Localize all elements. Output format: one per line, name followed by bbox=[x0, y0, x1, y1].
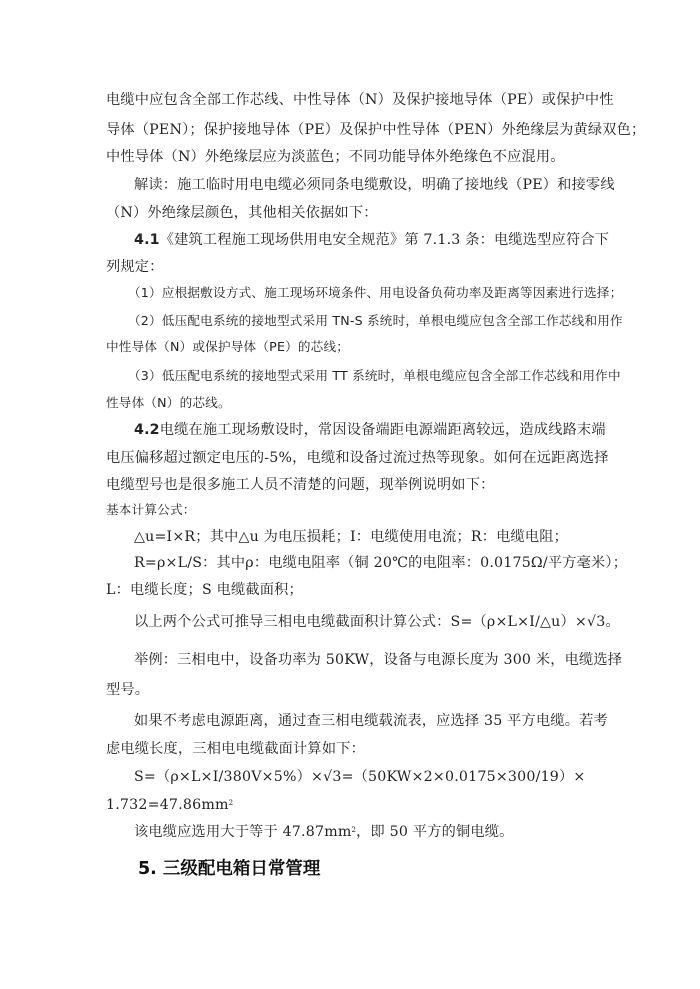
conclusion-text: 该电缆应选用大于等于 47.87mm bbox=[134, 824, 352, 840]
rule-item: （1）应根据敷设方式、施工现场环境条件、用电设备负荷功率及距离等因素进行选择； bbox=[128, 284, 622, 302]
paragraph-line: 导体（PEN）；保护接地导体（PE）及保护中性导体（PEN）外绝缘层为黄绿双色； bbox=[106, 121, 645, 139]
section-number: 4.1 bbox=[134, 232, 160, 248]
rule-item: （2）低压配电系统的接地型式采用 TN-S 系统时，单根电缆应包含全部工作芯线和… bbox=[128, 312, 623, 330]
example-line: 举例：三相电中，设备功率为 50KW，设备与电源长度为 300 米，电缆选择 bbox=[134, 651, 622, 669]
formula-line: L：电缆长度；S 电缆截面积； bbox=[106, 581, 303, 599]
section-text: 电缆在施工现场敷设时，常因设备端距电源端距离较远，造成线路末端 bbox=[160, 422, 606, 438]
example-result: 1.732=47.86mm2 bbox=[106, 796, 233, 814]
section-heading-5: 5. 三级配电箱日常管理 bbox=[138, 855, 320, 880]
section-4-2: 4.2电缆在施工现场敷设时，常因设备端距电源端距离较远，造成线路末端 bbox=[134, 421, 606, 439]
formula-title: 基本计算公式： bbox=[106, 501, 196, 519]
rule-item: 中性导体（N）或保护导体（PE）的芯线； bbox=[106, 338, 349, 356]
section-4-1: 4.1《建筑工程施工现场供用电安全规范》第 7.1.3 条：电缆选型应符合下 bbox=[134, 231, 609, 249]
paragraph-line: 电压偏移超过额定电压的-5%，电缆和设备过流过热等现象。如何在远距离选择 bbox=[106, 449, 609, 467]
rule-item: （3）低压配电系统的接地型式采用 TT 系统时，单根电缆应包含全部工作芯线和用作… bbox=[128, 367, 621, 385]
example-formula: S=（ρ×L×I/380V×5%）×√3=（50KW×2×0.0175×300/… bbox=[134, 768, 586, 786]
result-value: 1.732=47.86mm bbox=[106, 797, 229, 813]
formula-line: R=ρ×L/S：其中ρ：电缆电阻率（铜 20℃的电阻率：0.0175Ω/平方毫米… bbox=[134, 554, 627, 572]
section-text: 《建筑工程施工现场供用电安全规范》第 7.1.3 条：电缆选型应符合下 bbox=[160, 232, 609, 248]
paragraph-line: 解读：施工临时用电电缆必须同条电缆敷设，明确了接地线（PE）和接零线 bbox=[134, 176, 615, 194]
paragraph-line: 中性导体（N）外绝缘层应为淡蓝色；不同功能导体外绝缘色不应混用。 bbox=[106, 148, 565, 166]
document-page: 电缆中应包含全部工作芯线、中性导体（N）及保护接地导体（PE）或保护中性 导体（… bbox=[0, 0, 700, 989]
paragraph-line: 电缆中应包含全部工作芯线、中性导体（N）及保护接地导体（PE）或保护中性 bbox=[106, 91, 614, 109]
rule-item: 性导体（N）的芯线。 bbox=[106, 394, 231, 412]
superscript: 2 bbox=[229, 799, 234, 807]
example-line: 虑电缆长度，三相电电缆截面计算如下： bbox=[106, 740, 365, 758]
example-line: 型号。 bbox=[106, 681, 149, 699]
paragraph-line: （N）外绝缘层颜色，其他相关依据如下： bbox=[106, 204, 378, 222]
conclusion-text-end: ，即 50 平方的铜电缆。 bbox=[356, 824, 513, 840]
paragraph-line: 电缆型号也是很多施工人员不清楚的问题，现举例说明如下： bbox=[106, 476, 494, 494]
paragraph-line: 列规定： bbox=[106, 258, 164, 276]
superscript: 2 bbox=[352, 826, 357, 834]
example-line: 如果不考虑电源距离，通过查三相电缆载流表，应选择 35 平方电缆。若考 bbox=[134, 712, 608, 730]
formula-line: 以上两个公式可推导三相电电缆截面积计算公式：S=（ρ×L×I/△u）×√3。 bbox=[134, 613, 620, 631]
conclusion-line: 该电缆应选用大于等于 47.87mm2，即 50 平方的铜电缆。 bbox=[134, 823, 514, 841]
section-number: 4.2 bbox=[134, 422, 160, 438]
formula-line: △u=I×R；其中△u 为电压损耗；I：电缆使用电流；R：电缆电阻； bbox=[134, 528, 568, 546]
